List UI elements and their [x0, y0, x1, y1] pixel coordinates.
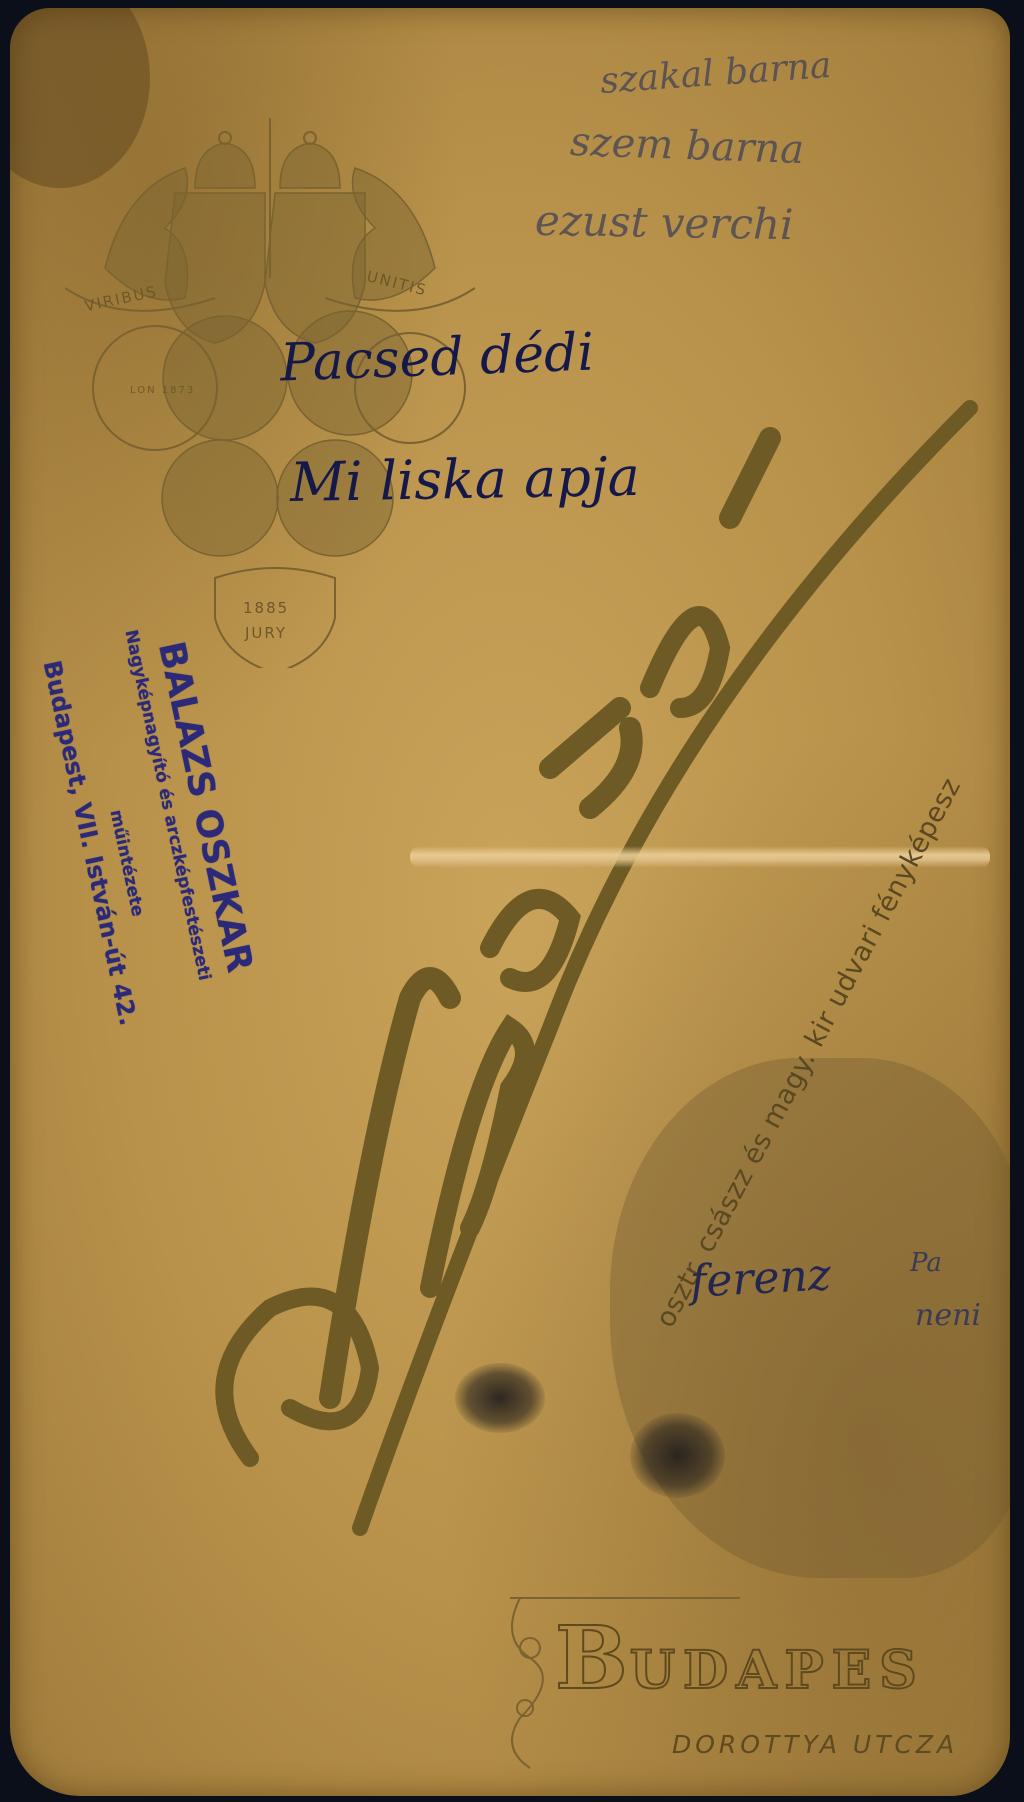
- city-initial: B: [555, 1608, 630, 1709]
- cabinet-card: VIRIBUS UNITIS LON 1873 1885 JURY szakal…: [10, 8, 1010, 1796]
- ink-note-line-2: Mi liska apja: [289, 445, 640, 514]
- city-rest: UDAPES: [630, 1640, 925, 1701]
- ink-smudge: [630, 1413, 725, 1498]
- street-name: DOROTTYA UTCZA: [672, 1730, 958, 1759]
- pencil-note-line-3: ezust verchi: [535, 196, 794, 250]
- city-name: BUDAPES: [555, 1608, 925, 1709]
- ink-note-bottom: ferenz: [689, 1249, 832, 1307]
- ink-note-bottom-2: Pa: [910, 1248, 942, 1278]
- ink-smudge: [455, 1363, 545, 1433]
- pencil-note-line-2: szem barna: [569, 119, 805, 173]
- photographer-stamp: BALAZS OSZKAR Nagyképnagyító és arczképf…: [40, 618, 290, 1178]
- ink-note-bottom-3: neni: [915, 1298, 981, 1333]
- ink-note-line-1: Pacsed dédi: [279, 323, 595, 394]
- pencil-note-line-1: szakal barna: [599, 45, 833, 102]
